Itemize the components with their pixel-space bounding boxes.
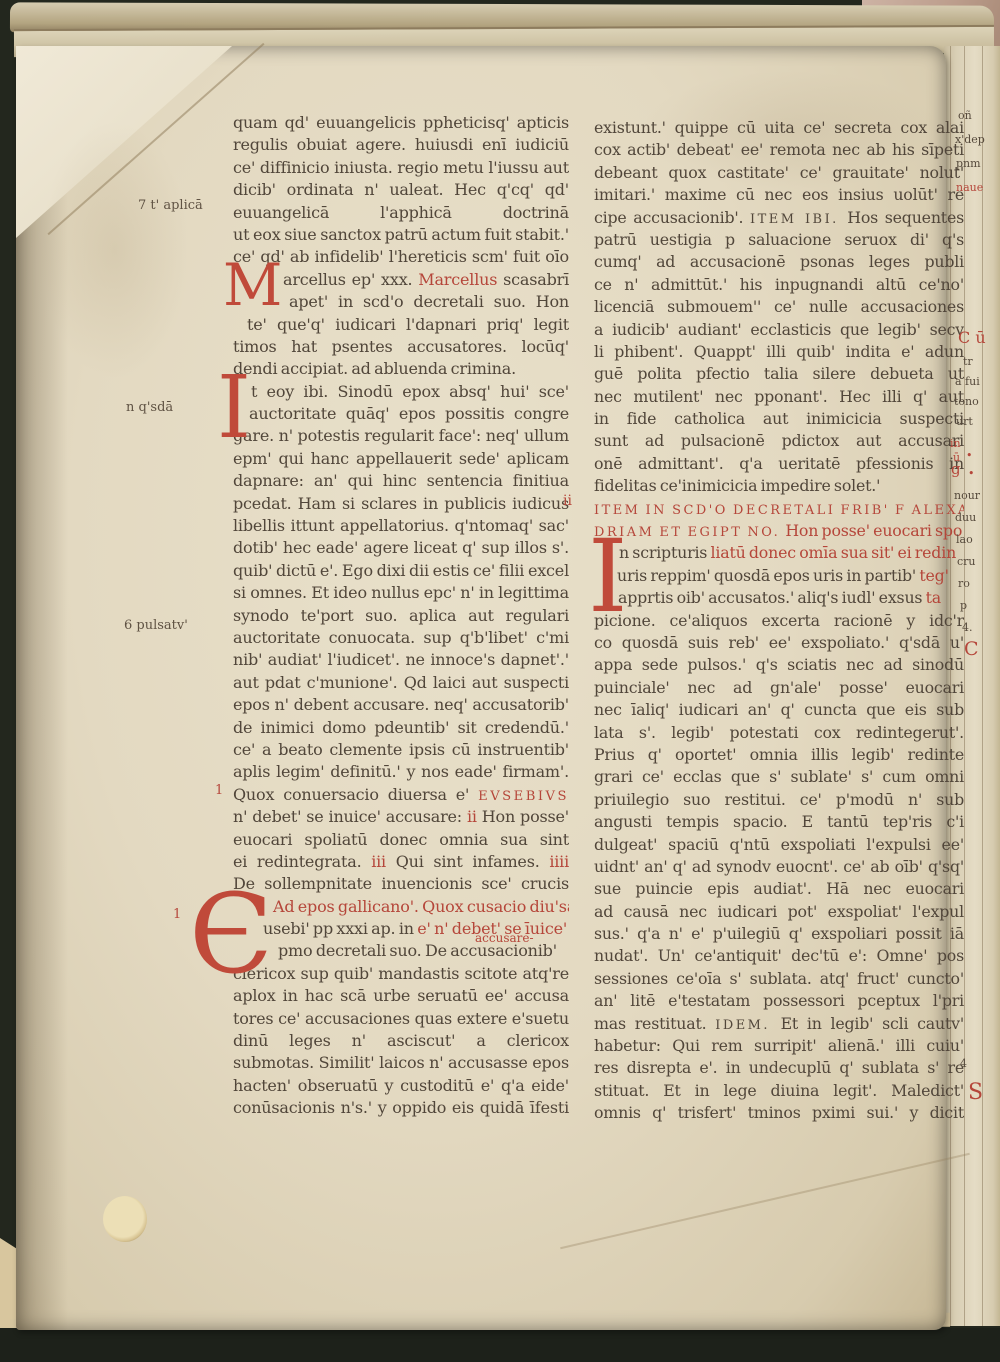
text-line: nec īaliq' iudicari an' q' cuncta que ei… [594,699,964,721]
body-text: regulis obuiat agere. huiusdi enī iudici… [233,135,569,154]
body-text: an' litē e'testatam possessori pceptux l… [594,991,964,1010]
body-text: apet' in scd'o decretali suo. Hon opor [289,292,569,313]
illuminated-initial-Є: Є [189,890,273,978]
text-line: quam qd' euuangelicis ppheticisq' aptici… [233,112,569,134]
body-text: quam qd' euuangelicis ppheticisq' aptici… [233,113,569,132]
body-text: puinciale' nec ad gn'ale' posse' euocari [594,678,964,697]
rubric-text: iii [371,852,395,871]
body-text: timos hat psentes accusatores. locūq' de… [233,337,569,358]
text-line: aut pdat c'munione'. Qd laici aut suspec… [233,672,569,694]
body-text: clericox sup quib' mandastis scitote atq… [233,964,569,983]
text-line: sus.' q'a n' e' p'uilegiū q' exspoliari … [594,923,964,945]
body-text: IDEM. [715,1018,780,1033]
body-text: ad causā nec iudicari pot' exspoliat' l'… [594,902,964,921]
body-text: Prius q' oportet' omnia illis legib' red… [594,745,964,764]
body-text: picione. ce'aliquos excerta racionē y id… [594,611,964,630]
text-line: picione. ce'aliquos excerta racionē y id… [594,610,964,632]
fore-edge-text-fragment: • [968,468,975,479]
body-text: sessiones ce'oīa s' sublata. atq' fruct'… [594,969,964,988]
body-text: tores ce' accusaciones quas extere e'sue… [233,1009,569,1028]
text-line: Ad epos gallicano'. Quox cusacio diu'sa [233,896,569,918]
body-text: habetur: Qui rem surripit' alienā.' illi… [594,1036,964,1055]
body-text: epm' qui hanc appellauerit sede' aplicam [233,449,569,468]
body-text: stituat. Et in lege diuina legit'. Maled… [594,1081,964,1100]
body-text: nec mutilent' nec pponant'. Hec illi q' … [594,387,964,406]
fore-edge-text-fragment: naue [956,182,983,193]
text-line: auctoritate conuocata. sup q'b'libet' c'… [233,627,569,649]
parchment-stain [40,120,190,380]
fore-edge-text-fragment: urt [956,416,973,427]
rubric-text: ii [467,807,482,826]
fore-edge-text-fragment: tr [963,356,973,367]
body-text: pcedat. Ham si sclares in publicis iudic… [233,494,569,513]
body-text: epos n' debent accusare. neq' accusatori… [233,695,569,714]
text-line: uris reppim' quosdā epos uris in partib'… [594,565,964,587]
body-text: appa sede pulsos.' q's sciatis nec ad si… [594,655,964,674]
text-line: auctoritate quāq' epos possitis congre [233,403,569,425]
text-line: uidnt' an' q' ad synodv euocnt'. ce' ab … [594,856,964,878]
margin-annotation: 7 t' aplicā [138,198,203,213]
body-text: grari ce' ecclas que s' sublate' s' cum … [594,767,964,786]
text-line: dotib' hec eade' agere liceat q' sup ill… [233,537,569,559]
text-line: euuangelicā l'apphicā doctrinā e'structi… [233,202,569,224]
text-line: timos hat psentes accusatores. locūq' de… [233,336,569,358]
rubric-text: ta [926,588,941,607]
body-text: angusti tempis spacio. E tantū tep'ris c… [594,812,964,831]
text-line: appa sede pulsos.' q's sciatis nec ad si… [594,654,964,676]
body-text: priuilegio suo restitui. ce' p'modū n' s… [594,790,964,809]
body-text: cipe accusacionib'. [594,208,750,227]
body-text: Hos sequentes [847,208,964,227]
fore-edge-text-fragment: ro [958,578,970,589]
rubric-marginal-mark: accusare- [475,932,534,944]
text-line: an' litē e'testatam possessori pceptux l… [594,990,964,1012]
text-line: sunt ad pulsacionē pdictox aut accusari [594,430,964,452]
text-line: nib' audiat' l'iudicet'. ne innoce's dap… [233,649,569,671]
body-text: scasabrī [503,270,569,289]
fore-edge-text-fragment: cru [957,556,976,567]
text-line: ut eox siue sanctox patrū actum fuit sta… [233,224,569,246]
text-line: ei redintegrata. iii Qui sint infames. i… [233,851,569,873]
text-column-right: existunt.' quippe cū uita ce' secreta co… [594,117,964,1125]
body-text: auctoritate quāq' epos possitis congre [249,404,569,423]
text-line: te' que'q' iudicari l'dapnari priq' legi… [233,314,569,336]
body-text: lata s'. legib' potestati cox redinteger… [594,723,964,742]
fore-edge-text-fragment: oñ [958,110,972,121]
table-background [0,1328,1000,1362]
body-text: dinū leges n' asciscut' a clericox accus… [233,1031,569,1052]
fore-edge-text-fragment: in [950,438,961,449]
text-line: omnis q' trisfert' tminos pximi sui.' y … [594,1102,964,1124]
rubric-text: Marcellus [418,270,503,289]
margin-annotation: n q'sdā [126,400,173,415]
text-line: dendi accipiat. ad abluenda crimina. [233,358,569,380]
body-text: nec īaliq' iudicari an' q' cuncta que ei… [594,700,964,719]
fore-edge-text-fragment: C ū [958,330,986,346]
body-text: ei redintegrata. [233,852,371,871]
body-text: li phibent'. Quappt' illi quib' indita e… [594,342,964,361]
text-line: a iudicib' audiant' ecclasticis que legi… [594,319,964,341]
text-line: regulis obuiat agere. huiusdi enī iudici… [233,134,569,156]
rubric-marginal-mark: 1 [215,784,223,797]
body-text: n scripturis [619,543,711,562]
body-text: Qui sint infames. [396,852,550,871]
rubric-marginal-mark: 1 [173,908,181,921]
text-line: arcellus ep' xxx. Marcellus scasabrī [233,269,569,291]
body-text: submotas. Similit' laicos n' accusasse e… [233,1053,569,1072]
text-line: De sollempnitate inuencionis sce' crucis [233,873,569,895]
rubric-text: teg' [919,566,948,585]
body-text: libellis ittunt appellatorius. q'ntomaq'… [233,516,569,535]
text-line: grari ce' ecclas que s' sublate' s' cum … [594,766,964,788]
illuminated-initial-I: I [217,374,251,443]
rubric-text: EVSEBIVS [478,789,569,804]
text-line: cox actib' debeat' ee' remota nec ab his… [594,139,964,161]
body-text: uidnt' an' q' ad synodv euocnt'. ce' ab … [594,857,964,876]
body-text: dapnare: an' qui hinc sentencia finitiua [233,471,569,490]
text-line: DRIAM ET EGIPT NO. Hon posse' euocari sp… [594,520,964,542]
text-line: mas restituat. IDEM. Et in legib' scli c… [594,1013,964,1035]
fore-edge-text-fragment: • [966,450,973,461]
text-line: existunt.' quippe cū uita ce' secreta co… [594,117,964,139]
rubric-text: liatū donec omīa sua sit' ei redin [711,543,957,562]
body-text: aplox in hac scā urbe seruatū ee' accusa [233,986,569,1005]
margin-annotation: 6 pulsatv' [124,618,188,633]
fore-edge-text-fragment: lao [956,534,973,545]
body-text: existunt.' quippe cū uita ce' secreta co… [594,118,964,137]
body-text: De sollempnitate inuencionis sce' crucis [233,874,569,893]
body-text: omnis q' trisfert' tminos pximi sui.' y … [594,1103,964,1122]
body-text: fidelitas ce'inimicicia impedire solet.' [594,476,880,495]
fore-edge-text-fragment: pnm [956,158,981,169]
text-line: de inimici domo pdeuntib' sit credendū.' [233,717,569,739]
body-text: euocari spoliatū donec omnia sua sint [233,830,569,849]
text-line: ce' qd' ab infidelib' l'hereticis scm' f… [233,246,569,268]
body-text: synodo te'port suo. aplica aut regulari [233,606,569,625]
text-line: res disrepta e'. in undecuplū q' sublata… [594,1057,964,1079]
text-line: dapnare: an' qui hinc sentencia finitiua [233,470,569,492]
text-line: dulgeat' spaciū q'ntū exspoliati l'expul… [594,834,964,856]
rubric-text: iiii [549,852,569,871]
text-column-left: quam qd' euuangelicis ppheticisq' aptici… [233,112,569,1120]
fore-edge-text-fragment: 4 [960,1058,967,1069]
body-text: onē admittant'. q'a ueritatē pfessionis … [594,454,964,473]
text-line: dicib' ordinata n' ualeat. Hec q'cq' qd'… [233,179,569,201]
rubric-marginal-mark: ii [563,494,572,508]
illuminated-initial-M: M [223,262,282,308]
fore-edge-text-fragment: p [960,600,967,611]
text-line: fidelitas ce'inimicicia impedire solet.' [594,475,964,497]
text-line: ce' a beato clemente ipsis cū instruenti… [233,739,569,761]
fore-edge-text-fragment: nour [954,490,980,501]
text-line: priuilegio suo restitui. ce' p'modū n' s… [594,789,964,811]
fore-edge-text-fragment: 4. [962,622,973,633]
body-text: ce n' admittūt.' his inpugnandi altū ce'… [594,275,964,294]
text-line: euocari spoliatū donec omnia sua sint [233,829,569,851]
text-line: puinciale' nec ad gn'ale' posse' euocari [594,677,964,699]
text-line: patrū uestigia p saluacione seruox di' q… [594,229,964,251]
body-text: licenciā submouem'' ce' nulle accusacion… [594,297,964,316]
body-text: nib' audiat' l'iudicet'. ne innoce's dap… [233,650,569,669]
body-text: aut pdat c'munione'. Qd laici aut suspec… [233,673,569,692]
text-line: submotas. Similit' laicos n' accusasse e… [233,1052,569,1074]
text-line: apet' in scd'o decretali suo. Hon opor [233,291,569,313]
text-line: nec mutilent' nec pponant'. Hec illi q' … [594,386,964,408]
text-line: debeant quox castitate' ce' grauitate' n… [594,162,964,184]
text-line: conūsacionis n's.' y oppido eis quidā īf… [233,1097,569,1119]
body-text: ce' a beato clemente ipsis cū instruenti… [233,740,569,759]
body-text: gare. n' potestis regularit face': neq' … [233,426,569,445]
text-line: cipe accusacionib'. ITEM IBI. Hos sequen… [594,207,964,229]
illuminated-initial-I: I [588,537,628,617]
body-text: arcellus ep' xxx. [283,270,418,289]
body-text: apprtis oib' accusatos.' aliq's iudl' ex… [618,588,926,607]
body-text: cox actib' debeat' ee' remota nec ab his… [594,140,964,159]
text-line: licenciā submouem'' ce' nulle accusacion… [594,296,964,318]
text-line: apprtis oib' accusatos.' aliq's iudl' ex… [594,587,964,609]
text-line: pcedat. Ham si sclares in publicis iudic… [233,493,569,515]
body-text: mas restituat. [594,1014,715,1033]
body-text: usebi' pp xxxi ap. in [263,919,417,938]
text-line: Quox conuersacio diuersa e' EVSEBIVS [233,784,569,806]
text-line: si omnes. Et ideo nullus epc' n' in legi… [233,582,569,604]
body-text: de inimici domo pdeuntib' sit credendū.' [233,718,569,737]
fore-edge-text-fragment: S [968,1082,983,1104]
fore-edge-text-fragment: tono [954,396,979,407]
rubric-text: Hon posse' euocari spo [785,521,962,540]
text-line: ce n' admittūt.' his inpugnandi altū ce'… [594,274,964,296]
text-line: habetur: Qui rem surripit' alienā.' illi… [594,1035,964,1057]
body-text: euuangelicā l'apphicā doctrinā e'structi… [233,203,569,224]
page-edge-line [982,46,983,1326]
fore-edge-text-fragment: C [964,640,979,659]
body-text: t eoy ibi. Sinodū epox absq' hui' sce' s… [251,382,569,403]
text-line: nudat'. Un' ce'antiquit' dec'tū e': Omne… [594,945,964,967]
text-line: onē admittant'. q'a ueritatē pfessionis … [594,453,964,475]
rubric-text: ITEM IN SCD'O DECRETALI FRIB' F ALEXAN [594,503,964,518]
text-line: tores ce' accusaciones quas extere e'sue… [233,1008,569,1030]
text-line: guē polita pfectio talia silere debueta … [594,363,964,385]
body-text: si omnes. Et ideo nullus epc' n' in legi… [233,583,569,602]
fore-edge-text-fragment: g [951,462,961,477]
body-text: in fide catholica aut inimicicia suspect… [594,409,964,428]
body-text: Quox conuersacio diuersa e' [233,785,478,804]
text-line: hacten' obseruatū y custoditū e' q'a eid… [233,1075,569,1097]
body-text: dicib' ordinata n' ualeat. Hec q'cq' qd'… [233,180,569,201]
manuscript-photo: quam qd' euuangelicis ppheticisq' aptici… [0,0,1000,1362]
text-line: cumq' ad accusacionē psonas leges publi [594,251,964,273]
text-line: gare. n' potestis regularit face': neq' … [233,425,569,447]
body-text: Hon posse' [482,807,569,826]
body-text: res disrepta e'. in undecuplū q' sublata… [594,1058,964,1077]
text-line: li phibent'. Quappt' illi quib' indita e… [594,341,964,363]
body-text: a iudicib' audiant' ecclasticis que legi… [594,320,964,339]
body-text: n' debet' se inuice' accusare: [233,807,467,826]
body-text: cumq' ad accusacionē psonas leges publi [594,252,964,271]
body-text: co quosdā suis reb' ee' exspoliato.' q's… [594,633,964,652]
text-line: imitari.' maxime cū nec eos insius uolūt… [594,184,964,206]
text-line: angusti tempis spacio. E tantū tep'ris c… [594,811,964,833]
body-text: nudat'. Un' ce'antiquit' dec'tū e': Omne… [594,946,964,965]
text-line: ce' diffinicio iniusta. regio metu l'ius… [233,157,569,179]
body-text: dendi accipiat. ad abluenda crimina. [233,359,516,378]
page-edge-line [964,46,965,1326]
text-line: lata s'. legib' potestati cox redinteger… [594,722,964,744]
body-text: patrū uestigia p saluacione seruox di' q… [594,230,964,249]
body-text: dotib' hec eade' agere liceat q' sup ill… [233,538,569,559]
body-text: uris reppim' quosdā epos uris in partib' [617,566,919,585]
text-line: in fide catholica aut inimicicia suspect… [594,408,964,430]
text-line: sessiones ce'oīa s' sublata. atq' fruct'… [594,968,964,990]
text-line: synodo te'port suo. aplica aut regulari [233,605,569,627]
body-text: sunt ad pulsacionē pdictox aut accusari [594,431,964,450]
text-line: epm' qui hanc appellauerit sede' aplicam [233,448,569,470]
body-text: sus.' q'a n' e' p'uilegiū q' exspoliari … [594,924,964,943]
text-line: n scripturis liatū donec omīa sua sit' e… [594,542,964,564]
text-line: t eoy ibi. Sinodū epox absq' hui' sce' s… [233,381,569,403]
body-text: auctoritate conuocata. sup q'b'libet' c'… [233,628,569,647]
fore-edge-text-fragment: a fui [955,376,980,387]
body-text: sue puincie epis audiat'. Hā nec euocari [594,879,964,898]
body-text: Et in legib' scli cautv' [781,1014,964,1033]
body-text: ce' qd' ab infidelib' l'hereticis scm' f… [233,247,569,266]
body-text: ut eox siue sanctox patrū actum fuit sta… [233,225,569,244]
text-line: n' debet' se inuice' accusare: ii Hon po… [233,806,569,828]
text-line: ITEM IN SCD'O DECRETALI FRIB' F ALEXAN [594,498,964,520]
body-text: hacten' obseruatū y custoditū e' q'a eid… [233,1076,569,1095]
text-line: stituat. Et in lege diuina legit'. Maled… [594,1080,964,1102]
text-line: epos n' debent accusare. neq' accusatori… [233,694,569,716]
text-line: clericox sup quib' mandastis scitote atq… [233,963,569,985]
parchment-hole [103,1196,147,1242]
fore-edge-text-fragment: duu [955,512,976,523]
body-text: te' que'q' iudicari l'dapnari priq' legi… [247,315,569,334]
text-line: quib' dictū e'. Ego dixi dii estis ce' f… [233,560,569,582]
text-line: dinū leges n' asciscut' a clericox accus… [233,1030,569,1052]
text-line: libellis ittunt appellatorius. q'ntomaq'… [233,515,569,537]
body-text: ITEM IBI. [750,212,847,227]
body-text: quib' dictū e'. Ego dixi dii estis ce' f… [233,561,569,580]
body-text: dulgeat' spaciū q'ntū exspoliati l'expul… [594,835,964,854]
rubric-text: Ad epos gallicano'. Quox cusacio diu'sa [273,897,569,916]
text-line: aplis legim' definitū.' y nos eade' firm… [233,761,569,783]
fore-edge-text-fragment: x'dep [955,134,985,145]
body-text: guē polita pfectio talia silere debueta … [594,364,964,383]
text-line: aplox in hac scā urbe seruatū ee' accusa [233,985,569,1007]
text-line: ad causā nec iudicari pot' exspoliat' l'… [594,901,964,923]
body-text: ce' diffinicio iniusta. regio metu l'ius… [233,158,569,177]
body-text: debeant quox castitate' ce' grauitate' n… [594,163,964,182]
text-line: co quosdā suis reb' ee' exspoliato.' q's… [594,632,964,654]
body-text: conūsacionis n's.' y oppido eis quidā īf… [233,1098,569,1117]
body-text: imitari.' maxime cū nec eos insius uolūt… [594,185,964,204]
body-text: aplis legim' definitū.' y nos eade' firm… [233,762,569,781]
text-line: sue puincie epis audiat'. Hā nec euocari [594,878,964,900]
text-line: Prius q' oportet' omnia illis legib' red… [594,744,964,766]
